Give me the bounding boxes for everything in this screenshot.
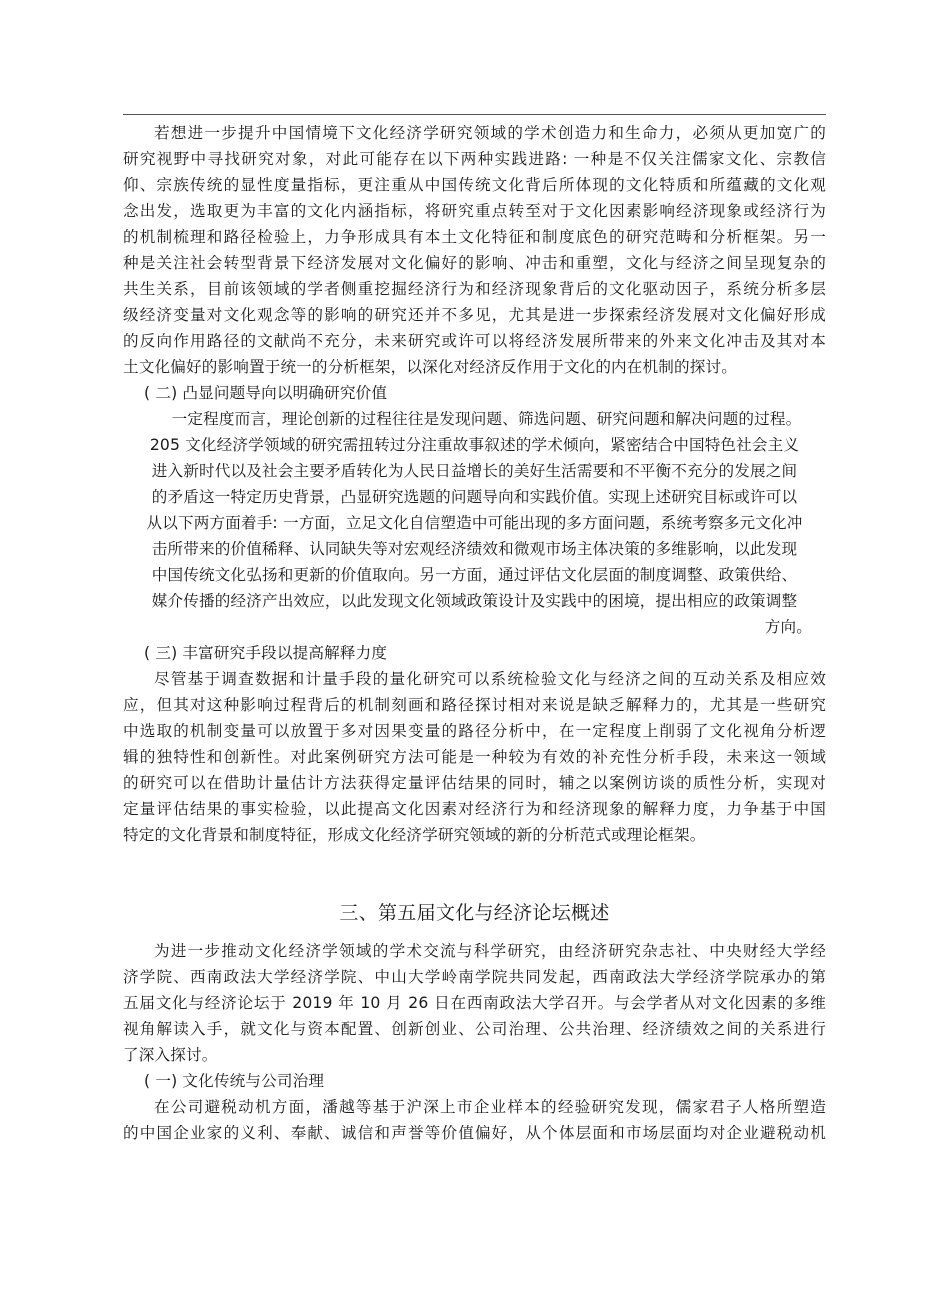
- text-line: 从以下两方面着手: 一方面，立足文化自信塑造中可能出现的多方面问题，系统考察多元…: [123, 510, 826, 536]
- text-line: 应，但其对这种影响过程背后的机制刻画和路径探讨相对来说是缺乏解释力的，尤其是一些…: [123, 692, 826, 718]
- text-line: 媒介传播的经济产出效应，以此发现文化领域政策设计及实践中的困境，提出相应的政策调…: [123, 588, 826, 614]
- subheading-research-methods: ( 三) 丰富研究手段以提高解释力度: [123, 640, 826, 666]
- text-line: 中选取的机制变量可以放置于多对因果变量的路径分析中，在一定程度上削弱了文化视角分…: [123, 718, 826, 744]
- subheading-corporate-governance: ( 一) 文化传统与公司治理: [123, 1068, 826, 1094]
- text-line: 的研究可以在借助计量估计方法获得定量评估结果的同时，辅之以案例访谈的质性分析，实…: [123, 770, 826, 796]
- text-line: 为进一步推动文化经济学领域的学术交流与科学研究，由经济研究杂志社、中央财经大学经: [123, 938, 826, 964]
- text-line: 特定的文化背景和制度特征，形成文化经济学研究领域的新的分析范式或理论框架。: [123, 822, 826, 848]
- text-line: 方向。: [123, 614, 826, 640]
- text-line: 级经济变量对文化观念等的影响的研究还并不多见，尤其是进一步探索经济发展对文化偏好…: [123, 302, 826, 328]
- text-line: 种是关注社会转型背景下经济发展对文化偏好的影响、冲击和重塑，文化与经济之间呈现复…: [123, 250, 826, 276]
- text-line: 尽管基于调查数据和计量手段的量化研究可以系统检验文化与经济之间的互动关系及相应效: [123, 666, 826, 692]
- text-line: 五届文化与经济论坛于 2019 年 10 月 26 日在西南政法大学召开。与会学…: [123, 990, 826, 1016]
- text-line: 的中国企业家的义利、奉献、诚信和声誉等价值偏好，从个体层面和市场层面均对企业避税…: [123, 1120, 826, 1146]
- section-heading: 三、第五届文化与经济论坛概述: [123, 898, 826, 928]
- text-line: 土文化偏好的影响置于统一的分析框架，以深化对经济反作用于文化的内在机制的探讨。: [123, 354, 826, 380]
- text-line: 击所带来的价值稀释、认同缺失等对宏观经济绩效和微观市场主体决策的多维影响，以此发…: [123, 536, 826, 562]
- text-line: 念出发，选取更为丰富的文化内涵指标，将研究重点转至对于文化因素影响经济现象或经济…: [123, 198, 826, 224]
- text-line: 了深入探讨。: [123, 1042, 826, 1068]
- text-line: 一定程度而言，理论创新的过程往往是发现问题、筛选问题、研究问题和解决问题的过程。: [123, 406, 826, 432]
- text-line: 辑的独特性和创新性。对此案例研究方法可能是一种较为有效的补充性分析手段，未来这一…: [123, 744, 826, 770]
- text-line: 的反向作用路径的文献尚不充分，未来研究或许可以将经济发展所带来的外来文化冲击及其…: [123, 328, 826, 354]
- text-line: 济学院、西南政法大学经济学院、中山大学岭南学院共同发起，西南政法大学经济学院承办…: [123, 964, 826, 990]
- text-line: 定量评估结果的事实检验，以此提高文化因素对经济行为和经济现象的解释力度，力争基于…: [123, 796, 826, 822]
- text-line: 仰、宗族传统的显性度量指标，更注重从中国传统文化背后所体现的文化特质和所蕴藏的文…: [123, 172, 826, 198]
- text-line: 若想进一步提升中国情境下文化经济学研究领域的学术创造力和生命力，必须从更加宽广的: [123, 120, 826, 146]
- text-line: 进入新时代以及社会主要矛盾转化为人民日益增长的美好生活需要和不平衡不充分的发展之…: [123, 458, 826, 484]
- text-line: 的机制梳理和路径检验上，力争形成具有本土文化特征和制度底色的研究范畴和分析框架。…: [123, 224, 826, 250]
- text-line: 研究视野中寻找研究对象，对此可能存在以下两种实践进路: 一种是不仅关注儒家文化、…: [123, 146, 826, 172]
- text-line: 205 文化经济学领域的研究需扭转过分注重故事叙述的学术倾向，紧密结合中国特色社…: [123, 432, 826, 458]
- header-rule: [123, 114, 826, 115]
- text-line: 共生关系，目前该领域的学者侧重挖掘经济行为和经济现象背后的文化驱动因子，系统分析…: [123, 276, 826, 302]
- text-line: 中国传统文化弘扬和更新的价值取向。另一方面，通过评估文化层面的制度调整、政策供给…: [123, 562, 826, 588]
- text-line: 的矛盾这一特定历史背景，凸显研究选题的问题导向和实践价值。实现上述研究目标或许可…: [123, 484, 826, 510]
- text-line: 在公司避税动机方面，潘越等基于沪深上市企业样本的经验研究发现，儒家君子人格所塑造: [123, 1094, 826, 1120]
- subheading-problem-orientation: ( 二) 凸显问题导向以明确研究价值: [123, 380, 826, 406]
- text-line: 视角解读入手，就文化与资本配置、创新创业、公司治理、公共治理、经济绩效之间的关系…: [123, 1016, 826, 1042]
